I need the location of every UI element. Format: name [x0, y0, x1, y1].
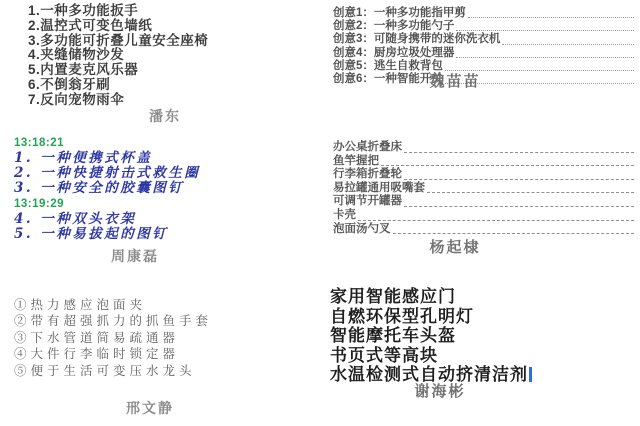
- author-name-xie-haibin: 谢海彬: [360, 380, 520, 401]
- dotted-leader: [456, 57, 634, 58]
- item-text: 一种多功能勺子: [374, 20, 455, 33]
- dotted-leader: [456, 30, 634, 31]
- idea-list-yang-qidi: 办公桌折叠床 鱼竿握把 行李箱折叠轮 易拉罐通用吸嘴套 可调节开罐器 卡壳 泡面…: [333, 141, 636, 236]
- list-item: 鱼竿握把: [333, 155, 636, 169]
- list-item: 2. 一种快捷射击式救生圈: [14, 166, 314, 181]
- list-item: 智能摩托车头盔: [330, 326, 636, 346]
- list-item: 1.一种多功能扳手: [28, 4, 318, 19]
- author-name-yang-qidi: 杨起棣: [370, 236, 540, 257]
- list-item: ①热力感应泡面夹: [14, 297, 319, 313]
- item-text: 可随身携带的迷你洗衣机: [374, 33, 501, 46]
- list-item: ⑤便于生活可变压水龙头: [14, 363, 319, 379]
- dashed-leader: [404, 152, 634, 153]
- item-text: 鱼竿握把: [333, 155, 379, 169]
- item-label: 创意3：: [333, 33, 374, 46]
- list-item: 4. 一种双头衣架: [14, 212, 314, 227]
- item-text: 行李箱折叠轮: [333, 168, 402, 182]
- item-label: 创意2：: [333, 20, 374, 33]
- list-item: ②带有超强抓力的抓鱼手套: [14, 313, 319, 329]
- list-item: 行李箱折叠轮: [333, 168, 636, 182]
- item-text: 一种多功能指甲剪: [374, 7, 466, 20]
- list-item: 创意2： 一种多功能勺子: [333, 20, 636, 33]
- list-item: 创意3： 可随身携带的迷你洗衣机: [333, 33, 636, 46]
- text-cursor: [529, 367, 532, 382]
- list-item: ④大件行李临时锁定器: [14, 346, 319, 362]
- author-name-xing-wenjing: 邢文静: [70, 398, 230, 418]
- list-item: 2.温控式可变色墙纸: [28, 19, 318, 34]
- list-item: 泡面汤勺叉: [333, 223, 636, 237]
- list-item: 自燃环保型孔明灯: [330, 307, 636, 327]
- dashed-leader: [393, 233, 635, 234]
- list-item: 5. 一种易拔起的图钉: [14, 227, 314, 242]
- item-text: 易拉罐通用吸嘴套: [333, 182, 425, 196]
- list-item: 办公桌折叠床: [333, 141, 636, 155]
- item-label: 创意6：: [333, 73, 374, 86]
- item-text: 厨房垃圾处理器: [374, 47, 455, 60]
- list-item: 3. 一种安全的胶囊图钉: [14, 181, 314, 196]
- list-item: 4.夹缝储物沙发: [28, 48, 318, 63]
- timestamp: 13:18:21: [14, 136, 314, 151]
- dashed-leader: [358, 220, 634, 221]
- list-item: 可调节开罐器: [333, 195, 636, 209]
- item-text: 泡面汤勺叉: [333, 223, 391, 237]
- dashed-leader: [427, 192, 634, 193]
- idea-list-pan-dong: 1.一种多功能扳手 2.温控式可变色墙纸 3.多功能可折叠儿童安全座椅 4.夹缝…: [28, 4, 318, 108]
- list-item: 创意1： 一种多功能指甲剪: [333, 7, 636, 20]
- item-label: 创意5：: [333, 60, 374, 73]
- dashed-leader: [404, 206, 634, 207]
- item-label: 创意4：: [333, 47, 374, 60]
- list-item: 卡壳: [333, 209, 636, 223]
- list-item: 易拉罐通用吸嘴套: [333, 182, 636, 196]
- dotted-leader: [468, 17, 634, 18]
- dashed-leader: [404, 179, 634, 180]
- list-item: ③下水管道简易疏通器: [14, 330, 319, 346]
- dotted-leader: [502, 44, 634, 45]
- idea-list-zhou-kanglei: 13:18:21 1. 一种便携式杯盖 2. 一种快捷射击式救生圈 3. 一种安…: [14, 136, 314, 242]
- item-text: 办公桌折叠床: [333, 141, 402, 155]
- dashed-leader: [381, 165, 634, 166]
- list-item: 家用智能感应门: [330, 287, 636, 307]
- item-label: 创意1：: [333, 7, 374, 20]
- list-item: 创意4： 厨房垃圾处理器: [333, 47, 636, 60]
- idea-list-xing-wenjing: ①热力感应泡面夹 ②带有超强抓力的抓鱼手套 ③下水管道简易疏通器 ④大件行李临时…: [14, 297, 319, 379]
- timestamp: 13:19:29: [14, 197, 314, 212]
- author-name-wei-miaomiao: 魏苗苗: [370, 70, 540, 91]
- item-text: 可调节开罐器: [333, 195, 402, 209]
- list-item: 书页式等高块: [330, 346, 636, 366]
- list-item: 6.不倒翁牙刷: [28, 78, 318, 93]
- author-name-zhou-kanglei: 周康磊: [55, 246, 215, 266]
- list-item: 1. 一种便携式杯盖: [14, 151, 314, 166]
- idea-list-xie-haibin: 家用智能感应门 自燃环保型孔明灯 智能摩托车头盔 书页式等高块 水温检测式自动挤…: [330, 287, 636, 385]
- list-item: 5.内置麦克风乐器: [28, 63, 318, 78]
- item-text: 卡壳: [333, 209, 356, 223]
- author-name-pan-dong: 潘东: [80, 106, 250, 126]
